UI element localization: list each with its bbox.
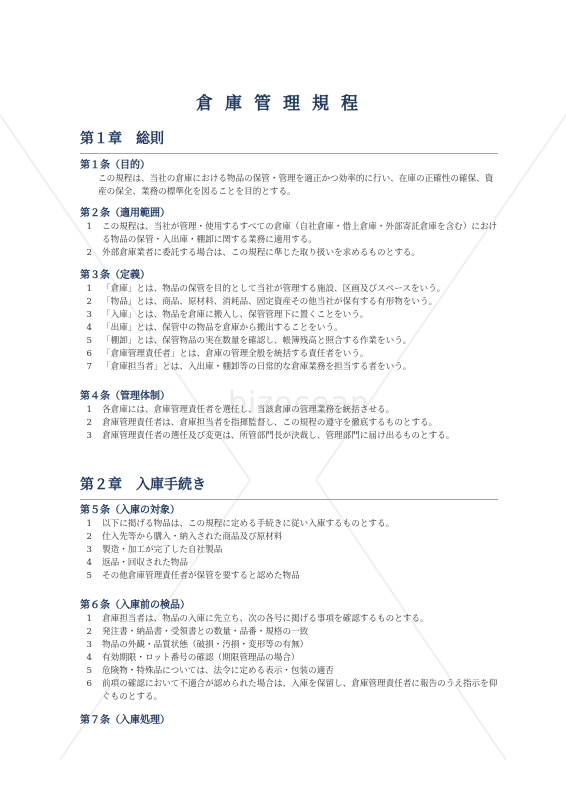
list-item: 1以下に掲げる物品は、この規程に定める手続きに従い入庫するものとする。	[80, 518, 498, 531]
list-item: 4「出庫」とは、保管中の物品を倉庫から搬出することをいう。	[80, 322, 498, 335]
item-number: 1	[80, 613, 102, 626]
item-number: 4	[80, 322, 102, 335]
article-4: 第４条（管理体制） 1各倉庫には、倉庫管理責任者を選任し、当該倉庫の管理業務を統…	[80, 389, 498, 443]
article-paragraph: この規程は、当社の倉庫における物品の保管・管理を適正かつ効率的に行い、在庫の正確…	[98, 173, 498, 199]
article-7: 第７条（入庫処理）	[80, 713, 498, 728]
item-text: この規程は、当社が管理・使用するすべての倉庫（自社倉庫・借上倉庫・外部寄託倉庫を…	[102, 221, 498, 247]
document-title: 倉庫管理規程	[0, 89, 566, 114]
item-text: 以下に掲げる物品は、この規程に定める手続きに従い入庫するものとする。	[102, 518, 498, 531]
article-heading: 第７条（入庫処理）	[80, 713, 498, 728]
item-number: 3	[80, 544, 102, 557]
item-text: 倉庫担当者は、物品の入庫に先立ち、次の各号に掲げる事項を確認するものとする。	[102, 613, 498, 626]
item-text: 前項の確認において不適合が認められた場合は、入庫を保留し、倉庫管理責任者に報告の…	[102, 678, 498, 704]
item-text: 倉庫管理責任者の選任及び変更は、所管部門長が決裁し、管理部門に届け出るものとする…	[102, 430, 498, 443]
item-number: 1	[80, 518, 102, 531]
article-heading: 第２条（適用範囲）	[80, 206, 498, 221]
list-item: 3物品の外観・品質状態（破損・汚損・変形等の有無）	[80, 639, 498, 652]
list-item: 5「棚卸」とは、保管物品の実在数量を確認し、帳簿残高と照合する作業をいう。	[80, 335, 498, 348]
chapter-1-heading: 第１章 総則	[80, 128, 498, 154]
item-text: 「倉庫管理責任者」とは、倉庫の管理全般を統括する責任者をいう。	[102, 348, 498, 361]
item-text: 各倉庫には、倉庫管理責任者を選任し、当該倉庫の管理業務を統括させる。	[102, 404, 498, 417]
list-item: 1「倉庫」とは、物品の保管を目的として当社が管理する施設、区画及びスペースをいう…	[80, 283, 498, 296]
item-number: 7	[80, 361, 102, 374]
list-item: 5その他倉庫管理責任者が保管を要すると認めた物品	[80, 570, 498, 583]
list-item: 2仕入先等から購入・納入された商品及び原材料	[80, 531, 498, 544]
article-heading: 第３条（定義）	[80, 268, 498, 283]
list-item: 5危険物・特殊品については、法令に定める表示・包装の適否	[80, 665, 498, 678]
item-number: 2	[80, 296, 102, 309]
article-heading: 第１条（目的）	[80, 158, 498, 173]
item-number: 2	[80, 417, 102, 430]
item-text: 「倉庫担当者」とは、入出庫・棚卸等の日常的な倉庫業務を担当する者をいう。	[102, 361, 498, 374]
item-number: 1	[80, 221, 102, 247]
list-item: 3製造・加工が完了した自社製品	[80, 544, 498, 557]
item-text: 有効期限・ロット番号の確認（期限管理品の場合）	[102, 652, 498, 665]
item-number: 3	[80, 430, 102, 443]
item-number: 2	[80, 531, 102, 544]
article-6: 第６条（入庫前の検品） 1倉庫担当者は、物品の入庫に先立ち、次の各号に掲げる事項…	[80, 598, 498, 704]
item-number: 4	[80, 652, 102, 665]
item-text: 外部倉庫業者に委託する場合は、この規程に準じた取り扱いを求めるものとする。	[102, 247, 498, 260]
article-heading: 第５条（入庫の対象）	[80, 503, 498, 518]
item-number: 6	[80, 348, 102, 361]
item-text: 「出庫」とは、保管中の物品を倉庫から搬出することをいう。	[102, 322, 498, 335]
item-text: 「物品」とは、商品、原材料、消耗品、固定資産その他当社が保有する有形物をいう。	[102, 296, 498, 309]
list-item: 1倉庫担当者は、物品の入庫に先立ち、次の各号に掲げる事項を確認するものとする。	[80, 613, 498, 626]
article-1: 第１条（目的） この規程は、当社の倉庫における物品の保管・管理を適正かつ効率的に…	[80, 158, 498, 199]
item-text: 「入庫」とは、物品を倉庫に搬入し、保管管理下に置くことをいう。	[102, 309, 498, 322]
list-item: 2外部倉庫業者に委託する場合は、この規程に準じた取り扱いを求めるものとする。	[80, 247, 498, 260]
list-item: 4返品・回収された物品	[80, 557, 498, 570]
item-number: 5	[80, 335, 102, 348]
item-text: 物品の外観・品質状態（破損・汚損・変形等の有無）	[102, 639, 498, 652]
item-number: 5	[80, 570, 102, 583]
item-text: 製造・加工が完了した自社製品	[102, 544, 498, 557]
item-text: 倉庫管理責任者は、倉庫担当者を指揮監督し、この規程の遵守を徹底するものとする。	[102, 417, 498, 430]
list-item: 2「物品」とは、商品、原材料、消耗品、固定資産その他当社が保有する有形物をいう。	[80, 296, 498, 309]
list-item: 3倉庫管理責任者の選任及び変更は、所管部門長が決裁し、管理部門に届け出るものとす…	[80, 430, 498, 443]
list-item: 6「倉庫管理責任者」とは、倉庫の管理全般を統括する責任者をいう。	[80, 348, 498, 361]
list-item: 2倉庫管理責任者は、倉庫担当者を指揮監督し、この規程の遵守を徹底するものとする。	[80, 417, 498, 430]
article-heading: 第４条（管理体制）	[80, 389, 498, 404]
item-text: 危険物・特殊品については、法令に定める表示・包装の適否	[102, 665, 498, 678]
item-text: 発注書・納品書・受領書との数量・品番・規格の一致	[102, 626, 498, 639]
item-text: その他倉庫管理責任者が保管を要すると認めた物品	[102, 570, 498, 583]
article-2: 第２条（適用範囲） 1この規程は、当社が管理・使用するすべての倉庫（自社倉庫・借…	[80, 206, 498, 260]
item-number: 5	[80, 665, 102, 678]
list-item: 7「倉庫担当者」とは、入出庫・棚卸等の日常的な倉庫業務を担当する者をいう。	[80, 361, 498, 374]
item-number: 2	[80, 247, 102, 260]
item-number: 6	[80, 678, 102, 704]
item-number: 2	[80, 626, 102, 639]
item-number: 1	[80, 283, 102, 296]
item-number: 3	[80, 639, 102, 652]
list-item: 4有効期限・ロット番号の確認（期限管理品の場合）	[80, 652, 498, 665]
item-text: 「棚卸」とは、保管物品の実在数量を確認し、帳簿残高と照合する作業をいう。	[102, 335, 498, 348]
item-number: 4	[80, 557, 102, 570]
article-3: 第３条（定義） 1「倉庫」とは、物品の保管を目的として当社が管理する施設、区画及…	[80, 268, 498, 374]
item-number: 3	[80, 309, 102, 322]
article-5: 第５条（入庫の対象） 1以下に掲げる物品は、この規程に定める手続きに従い入庫する…	[80, 503, 498, 583]
item-number: 1	[80, 404, 102, 417]
article-heading: 第６条（入庫前の検品）	[80, 598, 498, 613]
item-text: 仕入先等から購入・納入された商品及び原材料	[102, 531, 498, 544]
item-text: 「倉庫」とは、物品の保管を目的として当社が管理する施設、区画及びスペースをいう。	[102, 283, 498, 296]
list-item: 3「入庫」とは、物品を倉庫に搬入し、保管管理下に置くことをいう。	[80, 309, 498, 322]
list-item: 1この規程は、当社が管理・使用するすべての倉庫（自社倉庫・借上倉庫・外部寄託倉庫…	[80, 221, 498, 247]
list-item: 6前項の確認において不適合が認められた場合は、入庫を保留し、倉庫管理責任者に報告…	[80, 678, 498, 704]
list-item: 1各倉庫には、倉庫管理責任者を選任し、当該倉庫の管理業務を統括させる。	[80, 404, 498, 417]
chapter-2-heading: 第２章 入庫手続き	[80, 474, 498, 500]
item-text: 返品・回収された物品	[102, 557, 498, 570]
list-item: 2発注書・納品書・受領書との数量・品番・規格の一致	[80, 626, 498, 639]
